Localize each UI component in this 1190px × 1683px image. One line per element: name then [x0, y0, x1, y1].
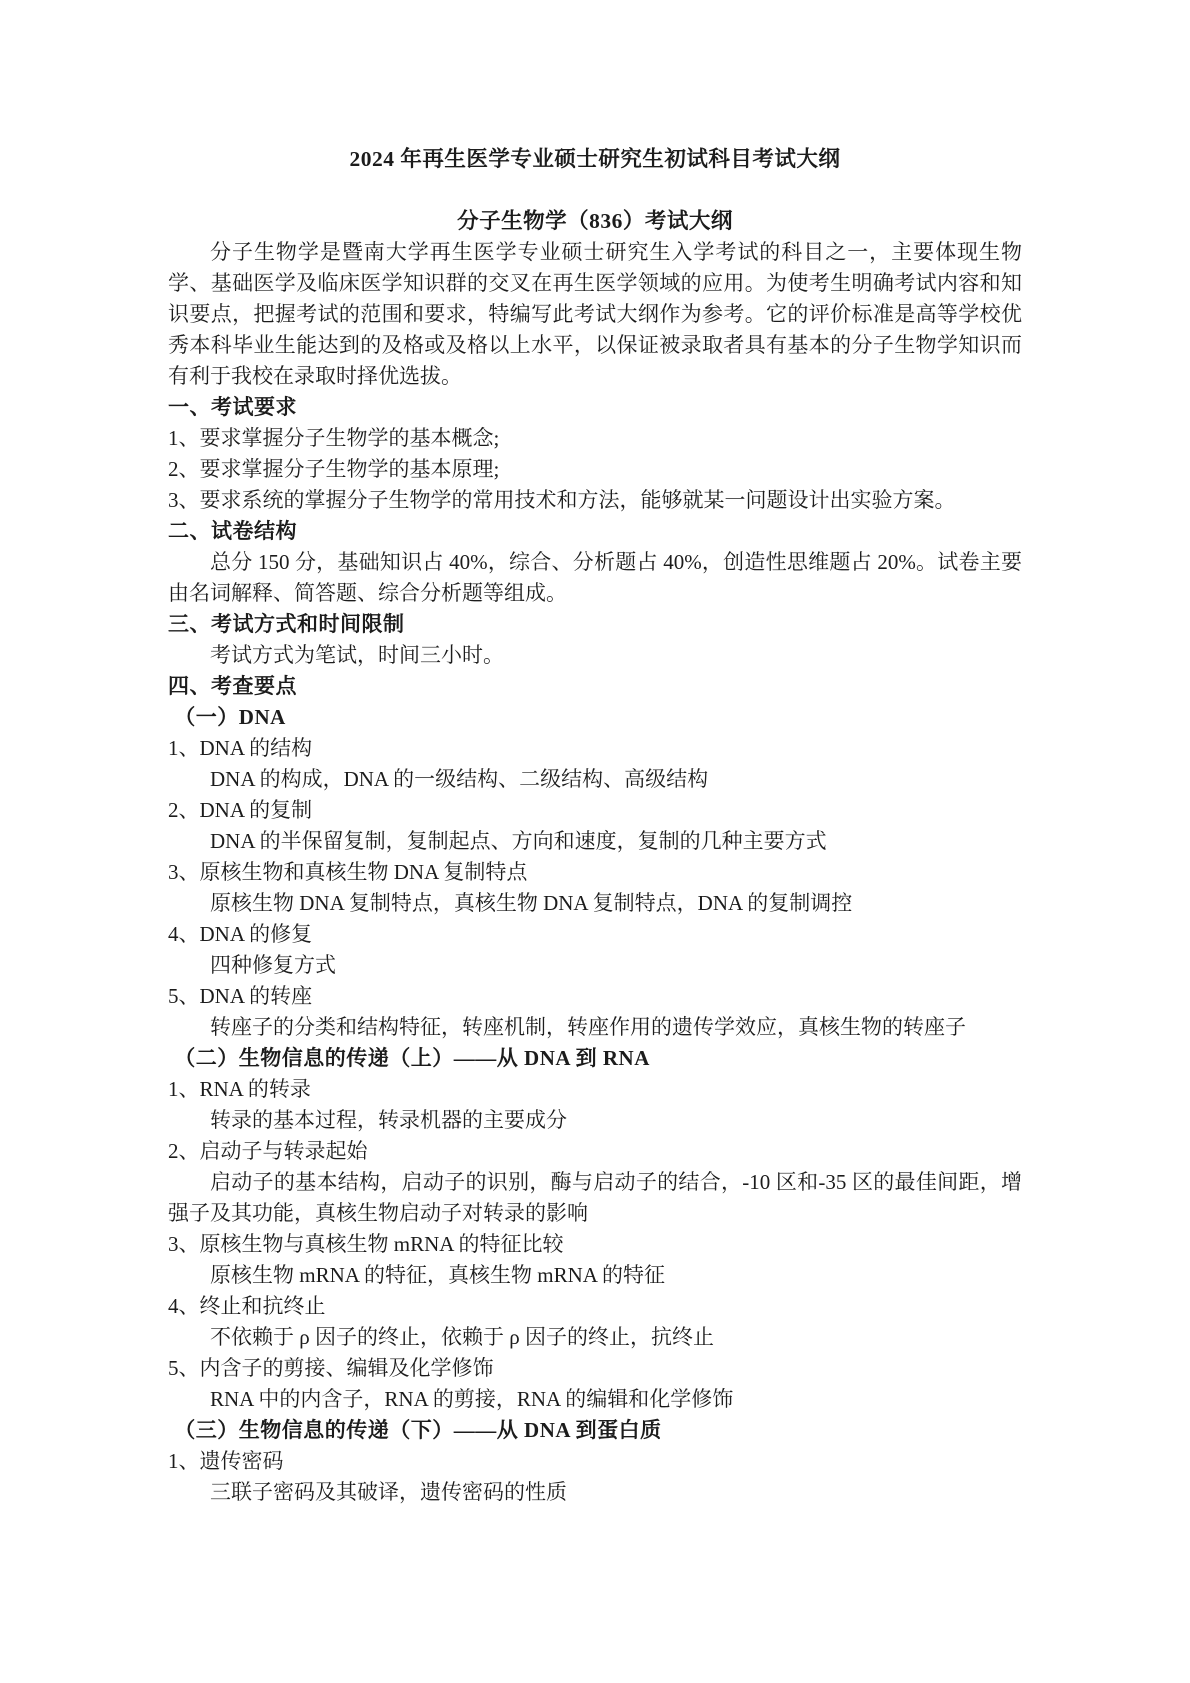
document-title: 2024 年再生医学专业硕士研究生初试科目考试大纲 — [168, 0, 1022, 175]
list-item: 1、RNA 的转录 — [168, 1074, 1022, 1105]
subsection-heading: （三）生物信息的传递（下）——从 DNA 到蛋白质 — [168, 1415, 1022, 1446]
subsection-heading: （一）DNA — [168, 702, 1022, 733]
subsection-heading: （二）生物信息的传递（上）——从 DNA 到 RNA — [168, 1043, 1022, 1074]
list-item: 2、启动子与转录起始 — [168, 1136, 1022, 1167]
list-item: 2、DNA 的复制 — [168, 795, 1022, 826]
detail-line: DNA 的半保留复制，复制起点、方向和速度，复制的几种主要方式 — [168, 826, 1022, 857]
list-item: 3、原核生物与真核生物 mRNA 的特征比较 — [168, 1229, 1022, 1260]
detail-line: 启动子的基本结构，启动子的识别，酶与启动子的结合，-10 区和-35 区的最佳间… — [168, 1167, 1022, 1229]
detail-line: 原核生物 mRNA 的特征，真核生物 mRNA 的特征 — [168, 1260, 1022, 1291]
list-item: 5、DNA 的转座 — [168, 981, 1022, 1012]
blank-line — [168, 175, 1022, 206]
document-page: 2024 年再生医学专业硕士研究生初试科目考试大纲 分子生物学（836）考试大纲… — [168, 0, 1022, 1508]
section-heading: 一、考试要求 — [168, 392, 1022, 423]
section-heading: 四、考查要点 — [168, 671, 1022, 702]
list-item: 1、DNA 的结构 — [168, 733, 1022, 764]
detail-line: 原核生物 DNA 复制特点，真核生物 DNA 复制特点，DNA 的复制调控 — [168, 888, 1022, 919]
section-heading: 二、试卷结构 — [168, 516, 1022, 547]
list-item: 3、要求系统的掌握分子生物学的常用技术和方法，能够就某一问题设计出实验方案。 — [168, 485, 1022, 516]
detail-line: 不依赖于 ρ 因子的终止，依赖于 ρ 因子的终止，抗终止 — [168, 1322, 1022, 1353]
list-item: 5、内含子的剪接、编辑及化学修饰 — [168, 1353, 1022, 1384]
list-item: 3、原核生物和真核生物 DNA 复制特点 — [168, 857, 1022, 888]
detail-line: 四种修复方式 — [168, 950, 1022, 981]
detail-line: 转录的基本过程，转录机器的主要成分 — [168, 1105, 1022, 1136]
detail-line: 三联子密码及其破译，遗传密码的性质 — [168, 1477, 1022, 1508]
paragraph: 总分 150 分，基础知识占 40%，综合、分析题占 40%，创造性思维题占 2… — [168, 547, 1022, 609]
document-body: 分子生物学是暨南大学再生医学专业硕士研究生入学考试的科目之一，主要体现生物学、基… — [168, 237, 1022, 1508]
document-subtitle: 分子生物学（836）考试大纲 — [168, 206, 1022, 237]
list-item: 1、遗传密码 — [168, 1446, 1022, 1477]
list-item: 4、终止和抗终止 — [168, 1291, 1022, 1322]
paragraph: 考试方式为笔试，时间三小时。 — [168, 640, 1022, 671]
list-item: 4、DNA 的修复 — [168, 919, 1022, 950]
detail-line: RNA 中的内含子，RNA 的剪接，RNA 的编辑和化学修饰 — [168, 1384, 1022, 1415]
detail-line: DNA 的构成，DNA 的一级结构、二级结构、高级结构 — [168, 764, 1022, 795]
detail-line: 转座子的分类和结构特征，转座机制，转座作用的遗传学效应，真核生物的转座子 — [168, 1012, 1022, 1043]
section-heading: 三、考试方式和时间限制 — [168, 609, 1022, 640]
list-item: 1、要求掌握分子生物学的基本概念; — [168, 423, 1022, 454]
list-item: 2、要求掌握分子生物学的基本原理; — [168, 454, 1022, 485]
paragraph: 分子生物学是暨南大学再生医学专业硕士研究生入学考试的科目之一，主要体现生物学、基… — [168, 237, 1022, 392]
